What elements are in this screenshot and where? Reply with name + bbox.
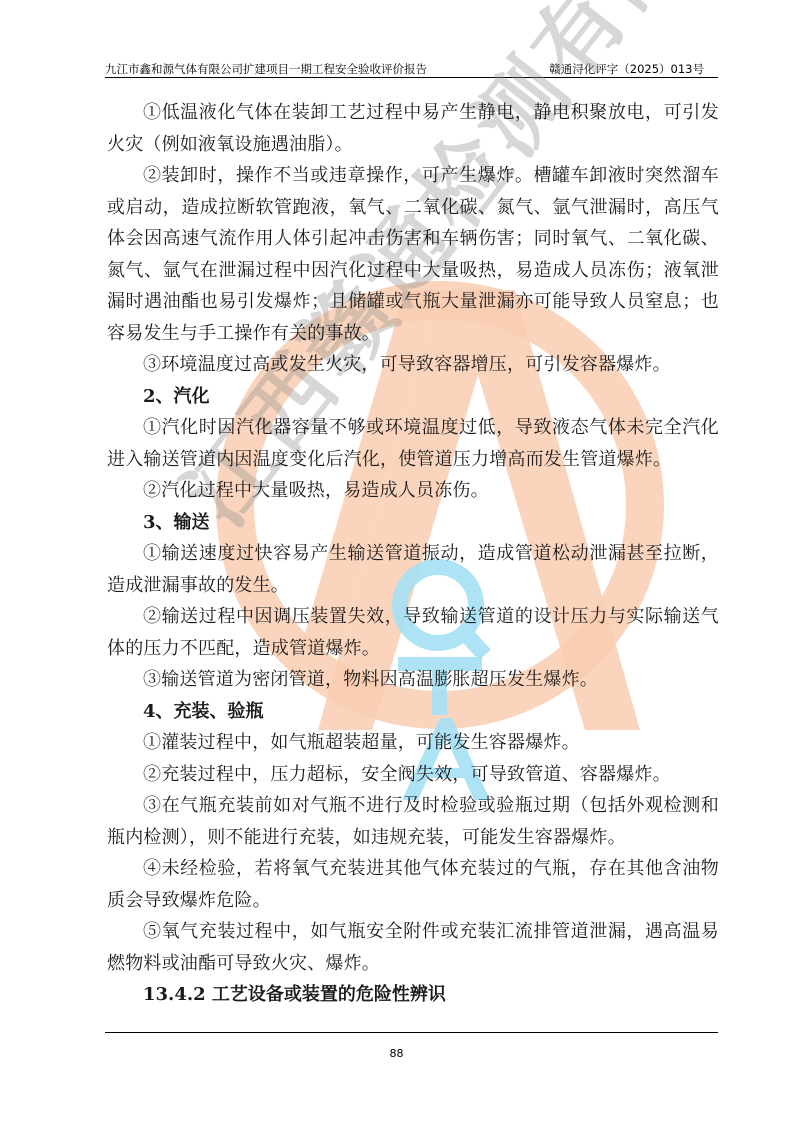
document-number: 赣通浔化评字（2025）013号 — [549, 62, 704, 76]
paragraph: ②汽化过程中大量吸热，易造成人员冻伤。 — [107, 475, 719, 507]
page-number: 88 — [0, 1047, 793, 1060]
section-heading: 3、输送 — [107, 507, 719, 539]
document-body: ①低温液化气体在装卸工艺过程中易产生静电，静电积聚放电，可引发火灾（例如液氧设施… — [107, 97, 719, 1011]
paragraph: ④未经检验，若将氧气充装进其他气体充装过的气瓶，存在其他含油物质会导致爆炸危险。 — [107, 853, 719, 916]
report-title: 九江市鑫和源气体有限公司扩建项目一期工程安全验收评价报告 — [105, 62, 427, 76]
paragraph: ①汽化时因汽化器容量不够或环境温度过低，导致液态气体未完全汽化进入输送管道内因温… — [107, 412, 719, 475]
page-header: 九江市鑫和源气体有限公司扩建项目一期工程安全验收评价报告 赣通浔化评字（2025… — [105, 62, 718, 78]
section-heading: 4、充装、验瓶 — [107, 696, 719, 728]
paragraph: ③输送管道为密闭管道，物料因高温膨胀超压发生爆炸。 — [107, 664, 719, 696]
paragraph: ①输送速度过快容易产生输送管道振动，造成管道松动泄漏甚至拉断，造成泄漏事故的发生… — [107, 538, 719, 601]
paragraph: ③在气瓶充装前如对气瓶不进行及时检验或验瓶过期（包括外观检测和瓶内检测），则不能… — [107, 790, 719, 853]
footer-divider — [105, 1032, 718, 1033]
paragraph: ①低温液化气体在装卸工艺过程中易产生静电，静电积聚放电，可引发火灾（例如液氧设施… — [107, 97, 719, 160]
paragraph: ③环境温度过高或发生火灾，可导致容器增压，可引发容器爆炸。 — [107, 349, 719, 381]
paragraph: ⑤氧气充装过程中，如气瓶安全附件或充装汇流排管道泄漏，遇高温易燃物料或油酯可导致… — [107, 916, 719, 979]
paragraph: ②装卸时，操作不当或违章操作，可产生爆炸。槽罐车卸液时突然溜车或启动，造成拉断软… — [107, 160, 719, 349]
subsection-heading: 13.4.2 工艺设备或装置的危险性辨识 — [107, 979, 719, 1011]
paragraph: ②充装过程中，压力超标，安全阀失效，可导致管道、容器爆炸。 — [107, 759, 719, 791]
section-heading: 2、汽化 — [107, 381, 719, 413]
paragraph: ②输送过程中因调压装置失效，导致输送管道的设计压力与实际输送气体的压力不匹配，造… — [107, 601, 719, 664]
paragraph: ①灌装过程中，如气瓶超装超量，可能发生容器爆炸。 — [107, 727, 719, 759]
